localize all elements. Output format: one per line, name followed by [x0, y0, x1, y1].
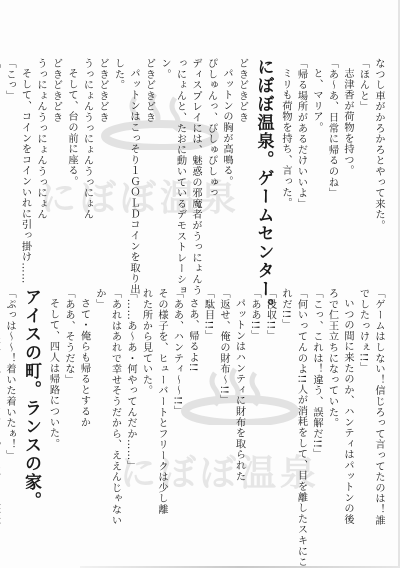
- text-line: 「あ〜あ、日常に帰るのね」: [324, 58, 340, 276]
- text-line: した。: [110, 58, 126, 276]
- text-line: か」: [92, 288, 108, 488]
- text-line: 「あれはあれで幸せそうだから、ええんじゃない: [107, 288, 123, 488]
- text-line: 「帰る場所があるだけいいよ」: [293, 58, 309, 276]
- document-page: にぼぼ温泉 にぼぼ温泉 なつし車がかろかろとやって来た。 「ほんと」 志津香が荷…: [0, 0, 400, 568]
- text-line: 「わあ……！」: [0, 58, 2, 276]
- scene-heading: にぼぼ温泉。ゲームセンター。: [253, 58, 275, 276]
- text-line: ランスは家に入るなり、どてっとベッドに寝転: [0, 288, 2, 488]
- text-line: と、マリア。: [309, 58, 325, 276]
- text-line: どきどきどき: [141, 58, 157, 276]
- text-line: 「ぷっは〜〜！着いた着いたぁ！」: [2, 288, 18, 488]
- text-line: そして、コインをコインいれに引っ掛け……: [17, 58, 33, 276]
- text-line: パットンはこっそり１ＧＯＬＤコインを取り出: [126, 58, 142, 276]
- text-line: さて・俺らも帰るとするか: [76, 288, 92, 488]
- text-line: 「ああ、ハンティ〜〜!!」: [169, 288, 185, 488]
- text-line: れだ!!」: [278, 288, 294, 488]
- text-line: でしたっけぇ!!」: [355, 288, 371, 488]
- text-line: 「ほんと」: [355, 58, 371, 276]
- scene-heading: アイスの町。ランスの家。: [20, 288, 42, 488]
- text-line: そして、四人は帰路についた。: [45, 288, 61, 488]
- text-line: そして、台の前に座る。: [64, 58, 80, 276]
- text-line: 「没収!!」: [262, 288, 278, 488]
- text-line: ン。: [157, 58, 173, 276]
- text-line: さあ、帰るよ!!: [185, 288, 201, 488]
- text-line: うっにょんうっにょんうっにょん: [33, 58, 49, 276]
- text-line: どきどきどき: [48, 58, 64, 276]
- text-line: っにょんと、たおに動いているデモストレーショ: [172, 58, 188, 276]
- text-line: どきどきどき: [95, 58, 111, 276]
- text-line: ディスプレイには、魅惑の邪魔者がうっにょんう: [188, 58, 204, 276]
- text-line: どきどきどき: [234, 58, 250, 276]
- text-line: いつの間に来たのか、ハンティはパットンの後: [340, 288, 356, 488]
- text-line: れた所から見ていた。: [138, 288, 154, 488]
- text-line: 「何いってんのよ!!人が消耗をして、目を離したスキにこ: [293, 288, 309, 488]
- text-line: 「ああ、そうだな」: [61, 288, 77, 488]
- text-line: ぴしゅんっ、ぴしゅぴしゅっ: [203, 58, 219, 276]
- text-line: 「返せ、俺の財布〜!!」: [216, 288, 232, 488]
- text-line: 「……あ〜あ・何やってんだか……」: [123, 288, 139, 488]
- text-line: 「こっ」: [2, 58, 18, 276]
- text-line: パットンはハンティに財布を取られた: [231, 288, 247, 488]
- text-line: 「こっ、これは！違う、誤解だ!!」: [309, 288, 325, 488]
- text-line: なつし車がかろかろとやって来た。: [371, 58, 387, 276]
- text-block-top: なつし車がかろかろとやって来た。 「ほんと」 志津香が荷物を持つ。 「あ〜あ、日…: [0, 58, 386, 276]
- text-line: ミリも荷物を持ち、言った。: [278, 58, 294, 276]
- text-line: 志津香が荷物を持つ。: [340, 58, 356, 276]
- text-line: その様子を、ヒューバートとフリークは少し離: [154, 288, 170, 488]
- text-block-bottom: 「ゲームはしない！信じろって言ってたのは！誰 でしたっけぇ!!」 いつの間に来た…: [0, 288, 386, 488]
- text-line: うっにょんうっにょんうっにょん: [79, 58, 95, 276]
- text-line: パットンの胸が高鳴る。: [219, 58, 235, 276]
- text-line: 「ああ!!」: [247, 288, 263, 488]
- text-line: 「ゲームはしない！信じろって言ってたのは！誰: [371, 288, 387, 488]
- text-line: 「駄目!!」: [200, 288, 216, 488]
- text-line: ろで仁王立ちになっていた。: [324, 288, 340, 488]
